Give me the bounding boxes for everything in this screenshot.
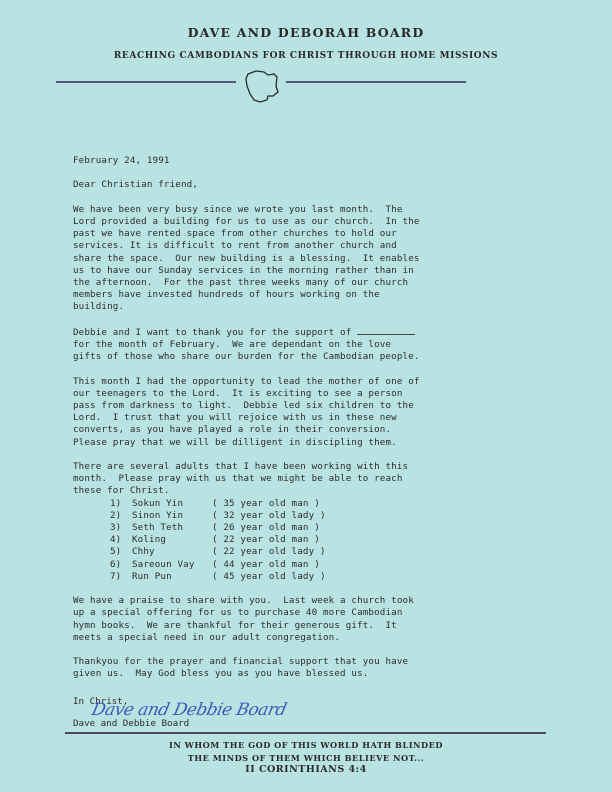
item-name: Sinon Yin <box>132 510 212 522</box>
letter-date: February 24, 1991 <box>73 155 553 167</box>
paragraph-converts: This month I had the opportunity to lead… <box>73 376 553 449</box>
item-number: 7) <box>110 571 132 583</box>
prayer-list-item: 2)Sinon Yin( 32 year old lady ) <box>110 510 553 522</box>
prayer-list-item: 7)Run Pun( 45 year old lady ) <box>110 571 553 583</box>
prayer-list-item: 6)Sareoun Vay( 44 year old man ) <box>110 559 553 571</box>
item-description: ( 22 year old lady ) <box>212 546 326 557</box>
item-description: ( 26 year old man ) <box>212 522 320 533</box>
item-description: ( 44 year old man ) <box>212 559 320 570</box>
thanks-text-start: Debbie and I want to thank you for the s… <box>73 327 357 338</box>
paragraph-adults: There are several adults that I have bee… <box>73 461 553 498</box>
footer-rule <box>65 732 546 734</box>
footer-verse-line-2: THE MINDS OF THEM WHICH BELIEVE NOT... <box>0 753 612 763</box>
item-number: 2) <box>110 510 132 522</box>
item-number: 6) <box>110 559 132 571</box>
item-description: ( 22 year old man ) <box>212 534 320 545</box>
footer-verse-reference: II CORINTHIANS 4:4 <box>0 764 612 775</box>
footer-verse-line-1: IN WHOM THE GOD OF THIS WORLD HATH BLIND… <box>0 740 612 750</box>
item-number: 4) <box>110 534 132 546</box>
letterhead-rule-right <box>286 81 466 83</box>
item-description: ( 45 year old lady ) <box>212 571 326 582</box>
prayer-list-item: 3)Seth Teth( 26 year old man ) <box>110 522 553 534</box>
prayer-list-item: 4)Koling( 22 year old man ) <box>110 534 553 546</box>
paragraph-thanks: Debbie and I want to thank you for the s… <box>73 326 553 364</box>
letterhead-tagline: REACHING CAMBODIANS FOR CHRIST THROUGH H… <box>0 51 612 61</box>
cambodia-map-outline-icon <box>242 68 282 104</box>
prayer-list-item: 1)Sokun Yin( 35 year old man ) <box>110 498 553 510</box>
item-number: 5) <box>110 546 132 558</box>
paragraph-closing: Thankyou for the prayer and financial su… <box>73 656 553 680</box>
blank-line <box>357 326 415 335</box>
paragraph-praise: We have a praise to share with you. Last… <box>73 595 553 644</box>
letter-salutation: Dear Christian friend, <box>73 179 553 191</box>
item-name: Koling <box>132 534 212 546</box>
letterhead-name: DAVE AND DEBORAH BOARD <box>0 25 612 40</box>
item-description: ( 32 year old lady ) <box>212 510 326 521</box>
item-name: Run Pun <box>132 571 212 583</box>
item-name: Seth Teth <box>132 522 212 534</box>
prayer-list: 1)Sokun Yin( 35 year old man )2)Sinon Yi… <box>110 498 553 583</box>
thanks-text-rest: for the month of February. We are depend… <box>73 339 420 362</box>
item-number: 3) <box>110 522 132 534</box>
handwritten-signature: Dave and Debbie Board <box>90 700 288 720</box>
letter-body: February 24, 1991 Dear Christian friend,… <box>73 155 553 693</box>
item-name: Sokun Yin <box>132 498 212 510</box>
item-description: ( 35 year old man ) <box>212 498 320 509</box>
prayer-list-item: 5)Chhy( 22 year old lady ) <box>110 546 553 558</box>
item-name: Chhy <box>132 546 212 558</box>
typed-name: Dave and Debbie Board <box>73 718 189 729</box>
item-name: Sareoun Vay <box>132 559 212 571</box>
letterhead-rule-left <box>56 81 236 83</box>
item-number: 1) <box>110 498 132 510</box>
paragraph-building: We have been very busy since we wrote yo… <box>73 204 553 314</box>
